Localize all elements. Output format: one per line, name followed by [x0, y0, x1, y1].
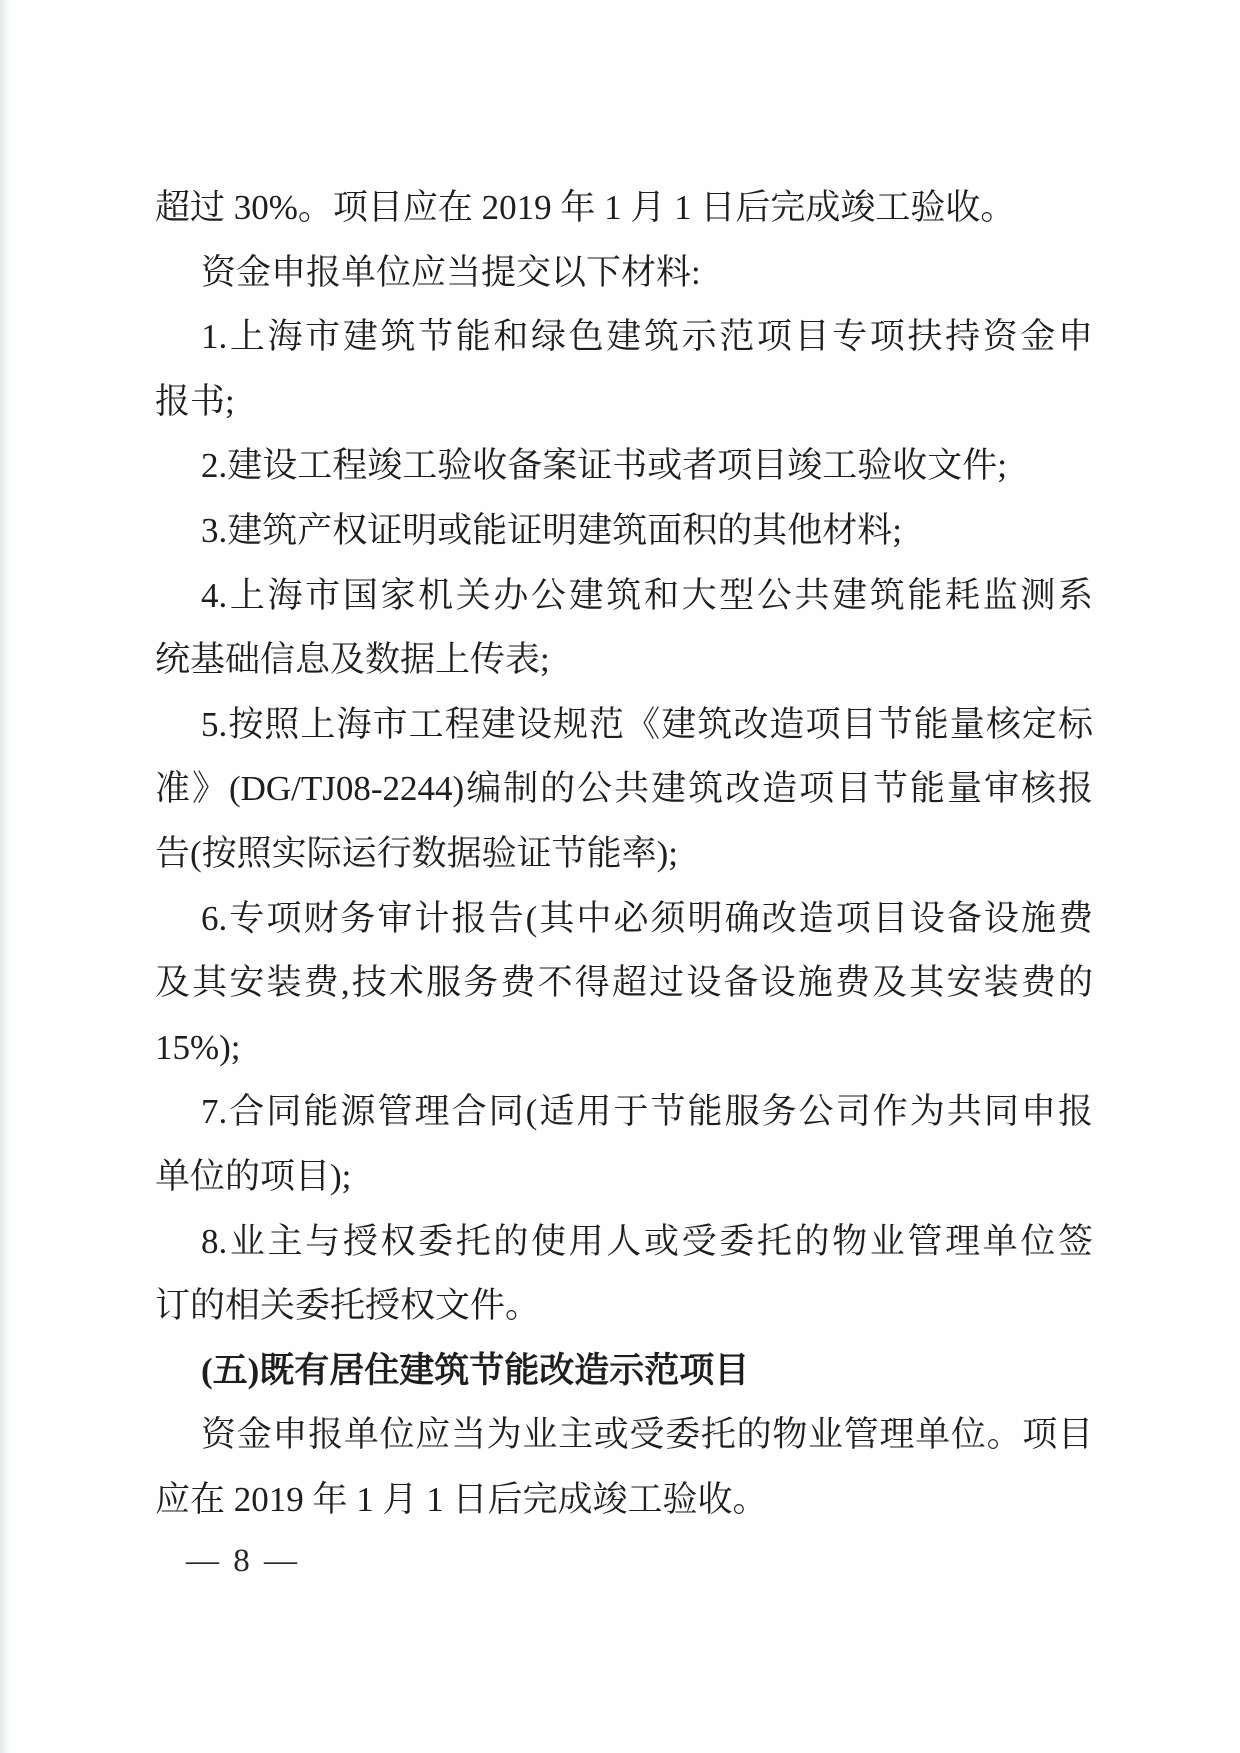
section-heading-5: (五)既有居住建筑节能改造示范项目	[155, 1339, 1093, 1404]
text-line-6: 3.建筑产权证明或能证明建筑面积的其他材料;	[155, 499, 1093, 564]
text-line-11: 告(按照实际运行数据验证节能率);	[155, 822, 1093, 887]
text-line-18: 订的相关委托授权文件。	[155, 1274, 1093, 1339]
text-line-3: 1.上海市建筑节能和绿色建筑示范项目专项扶持资金申	[155, 305, 1093, 370]
text-line-15: 7.合同能源管理合同(适用于节能服务公司作为共同申报	[155, 1080, 1093, 1145]
text-line-17: 8.业主与授权委托的使用人或受委托的物业管理单位签	[155, 1210, 1093, 1275]
text-line-16: 单位的项目);	[155, 1145, 1093, 1210]
text-line-8: 统基础信息及数据上传表;	[155, 628, 1093, 693]
text-line-1: 超过 30%。项目应在 2019 年 1 月 1 日后完成竣工验收。	[155, 176, 1093, 241]
document-page: 超过 30%。项目应在 2019 年 1 月 1 日后完成竣工验收。 资金申报单…	[0, 0, 1240, 1753]
text-line-4: 报书;	[155, 370, 1093, 435]
text-line-13: 及其安装费,技术服务费不得超过设备设施费及其安装费的	[155, 951, 1093, 1016]
text-line-14: 15%);	[155, 1016, 1093, 1081]
text-line-9: 5.按照上海市工程建设规范《建筑改造项目节能量核定标	[155, 693, 1093, 758]
text-line-10: 准》(DG/TJ08-2244)编制的公共建筑改造项目节能量审核报	[155, 757, 1093, 822]
text-line-20: 资金申报单位应当为业主或受委托的物业管理单位。项目	[155, 1403, 1093, 1468]
text-line-21: 应在 2019 年 1 月 1 日后完成竣工验收。	[155, 1468, 1093, 1533]
page-edge-shadow	[0, 0, 12, 1753]
document-body: 超过 30%。项目应在 2019 年 1 月 1 日后完成竣工验收。 资金申报单…	[155, 176, 1093, 1532]
text-line-5: 2.建设工程竣工验收备案证书或者项目竣工验收文件;	[155, 434, 1093, 499]
page-number: — 8 —	[186, 1543, 300, 1580]
text-line-7: 4.上海市国家机关办公建筑和大型公共建筑能耗监测系	[155, 564, 1093, 629]
text-line-12: 6.专项财务审计报告(其中必须明确改造项目设备设施费	[155, 887, 1093, 952]
text-line-2: 资金申报单位应当提交以下材料:	[155, 241, 1093, 306]
